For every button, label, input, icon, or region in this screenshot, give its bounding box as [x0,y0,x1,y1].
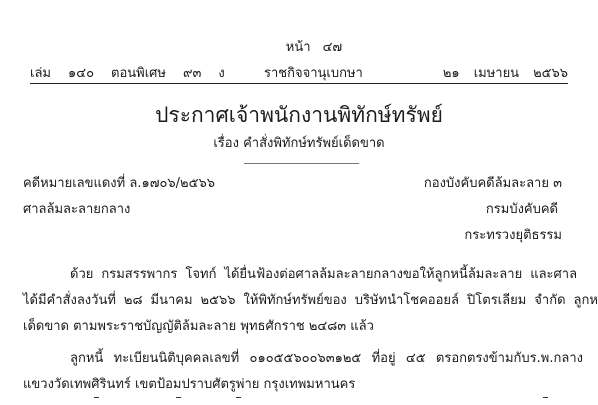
word: ๒๕๖๖ [201,289,236,310]
date-month: เมษายน [474,66,519,81]
word: ได้มีคำสั่งลงวันที่ [23,289,116,310]
volume-info: เล่ม๑๔๐ตอนพิเศษ๙๓ง [30,62,242,83]
house-number: ๔๕ [406,347,426,368]
court-name: ศาลล้มละลายกลาง [23,198,130,219]
issue-label: ตอนพิเศษ [111,66,166,81]
word: ตรอกตรงข้ามกับร.พ.กลาง [436,347,583,368]
glyph-fragment [543,397,548,403]
gazette-page: หน้า๔๗ เล่ม๑๔๐ตอนพิเศษ๙๓ง ราชกิจจานุเบกษ… [0,0,598,405]
title-divider [244,163,359,164]
header-divider [30,83,568,84]
paragraph-1-line-1: ด้วย กรมสรรพากร โจทก์ ได้ยื่นฟ้องต่อศาลล… [70,263,567,284]
word: มีนาคม [151,289,193,310]
word: ทะเบียนนิติบุคคลเลขที่ [114,347,240,368]
paragraph-1-line-3: เด็ดขาด ตามพระราชบัญญัติล้มละลาย พุทธศัก… [23,315,374,336]
word: โจทก์ [185,263,216,284]
office-ministry: กระทรวงยุติธรรม [464,224,562,245]
word: ให้พิทักษ์ทรัพย์ของ [243,289,346,310]
cutoff-next-line [0,397,598,405]
glyph-fragment [94,397,99,403]
word: ที่อยู่ [372,347,396,368]
word: ลูกหนี้ [574,289,598,310]
document-subject: เรื่อง คำสั่งพิทักษ์ทรัพย์เด็ดขาด [0,132,598,153]
word: ได้ยื่นฟ้องต่อศาลล้มละลายกลางขอให้ลูกหนี… [224,263,522,284]
office-division: กองบังคับคดีล้มละลาย ๓ [424,172,562,193]
word: ด้วย [70,263,93,284]
publication-name: ราชกิจจานุเบกษา [264,62,363,83]
word: ๒๘ [124,289,143,310]
page-label: หน้า [286,40,311,55]
date-day: ๒๑ [443,66,460,81]
volume-label: เล่ม [30,66,51,81]
word: และศาล [530,263,577,284]
word: ลูกหนี้ [70,347,103,368]
paragraph-2-line-1: ลูกหนี้ ทะเบียนนิติบุคคลเลขที่ ๐๑๐๕๕๖๐๐๖… [70,347,591,368]
publication-date: ๒๑เมษายน๒๕๖๖ [429,62,568,83]
paragraph-1-line-2: ได้มีคำสั่งลงวันที่ ๒๘ มีนาคม ๒๕๖๖ ให้พิ… [23,289,568,310]
registration-number: ๐๑๐๕๕๖๐๐๖๓๑๒๕ [250,347,362,368]
section-letter: ง [218,66,224,81]
glyph-fragment [236,397,241,403]
case-number: คดีหมายเลขแดงที่ ล.๑๗๐๖/๒๕๖๖ [23,172,215,193]
word: จำกัด [534,289,565,310]
word: ปิโตรเลียม [467,289,526,310]
document-title: ประกาศเจ้าพนักงานพิทักษ์ทรัพย์ [0,99,598,132]
volume-number: ๑๔๐ [68,66,94,81]
office-department: กรมบังคับคดี [486,198,558,219]
issue-number: ๙๓ [183,66,201,81]
date-year: ๒๕๖๖ [533,66,568,81]
word: กรมสรรพากร [101,263,177,284]
paragraph-2-line-2: แขวงวัดเทพศิรินทร์ เขตป้อมปราบศัตรูพ่าย … [23,373,355,394]
glyph-fragment [176,397,181,403]
page-number: หน้า๔๗ [0,36,598,57]
company-name: บริษัทนำโชคออยล์ [355,289,459,310]
page-number-value: ๔๗ [323,40,343,55]
